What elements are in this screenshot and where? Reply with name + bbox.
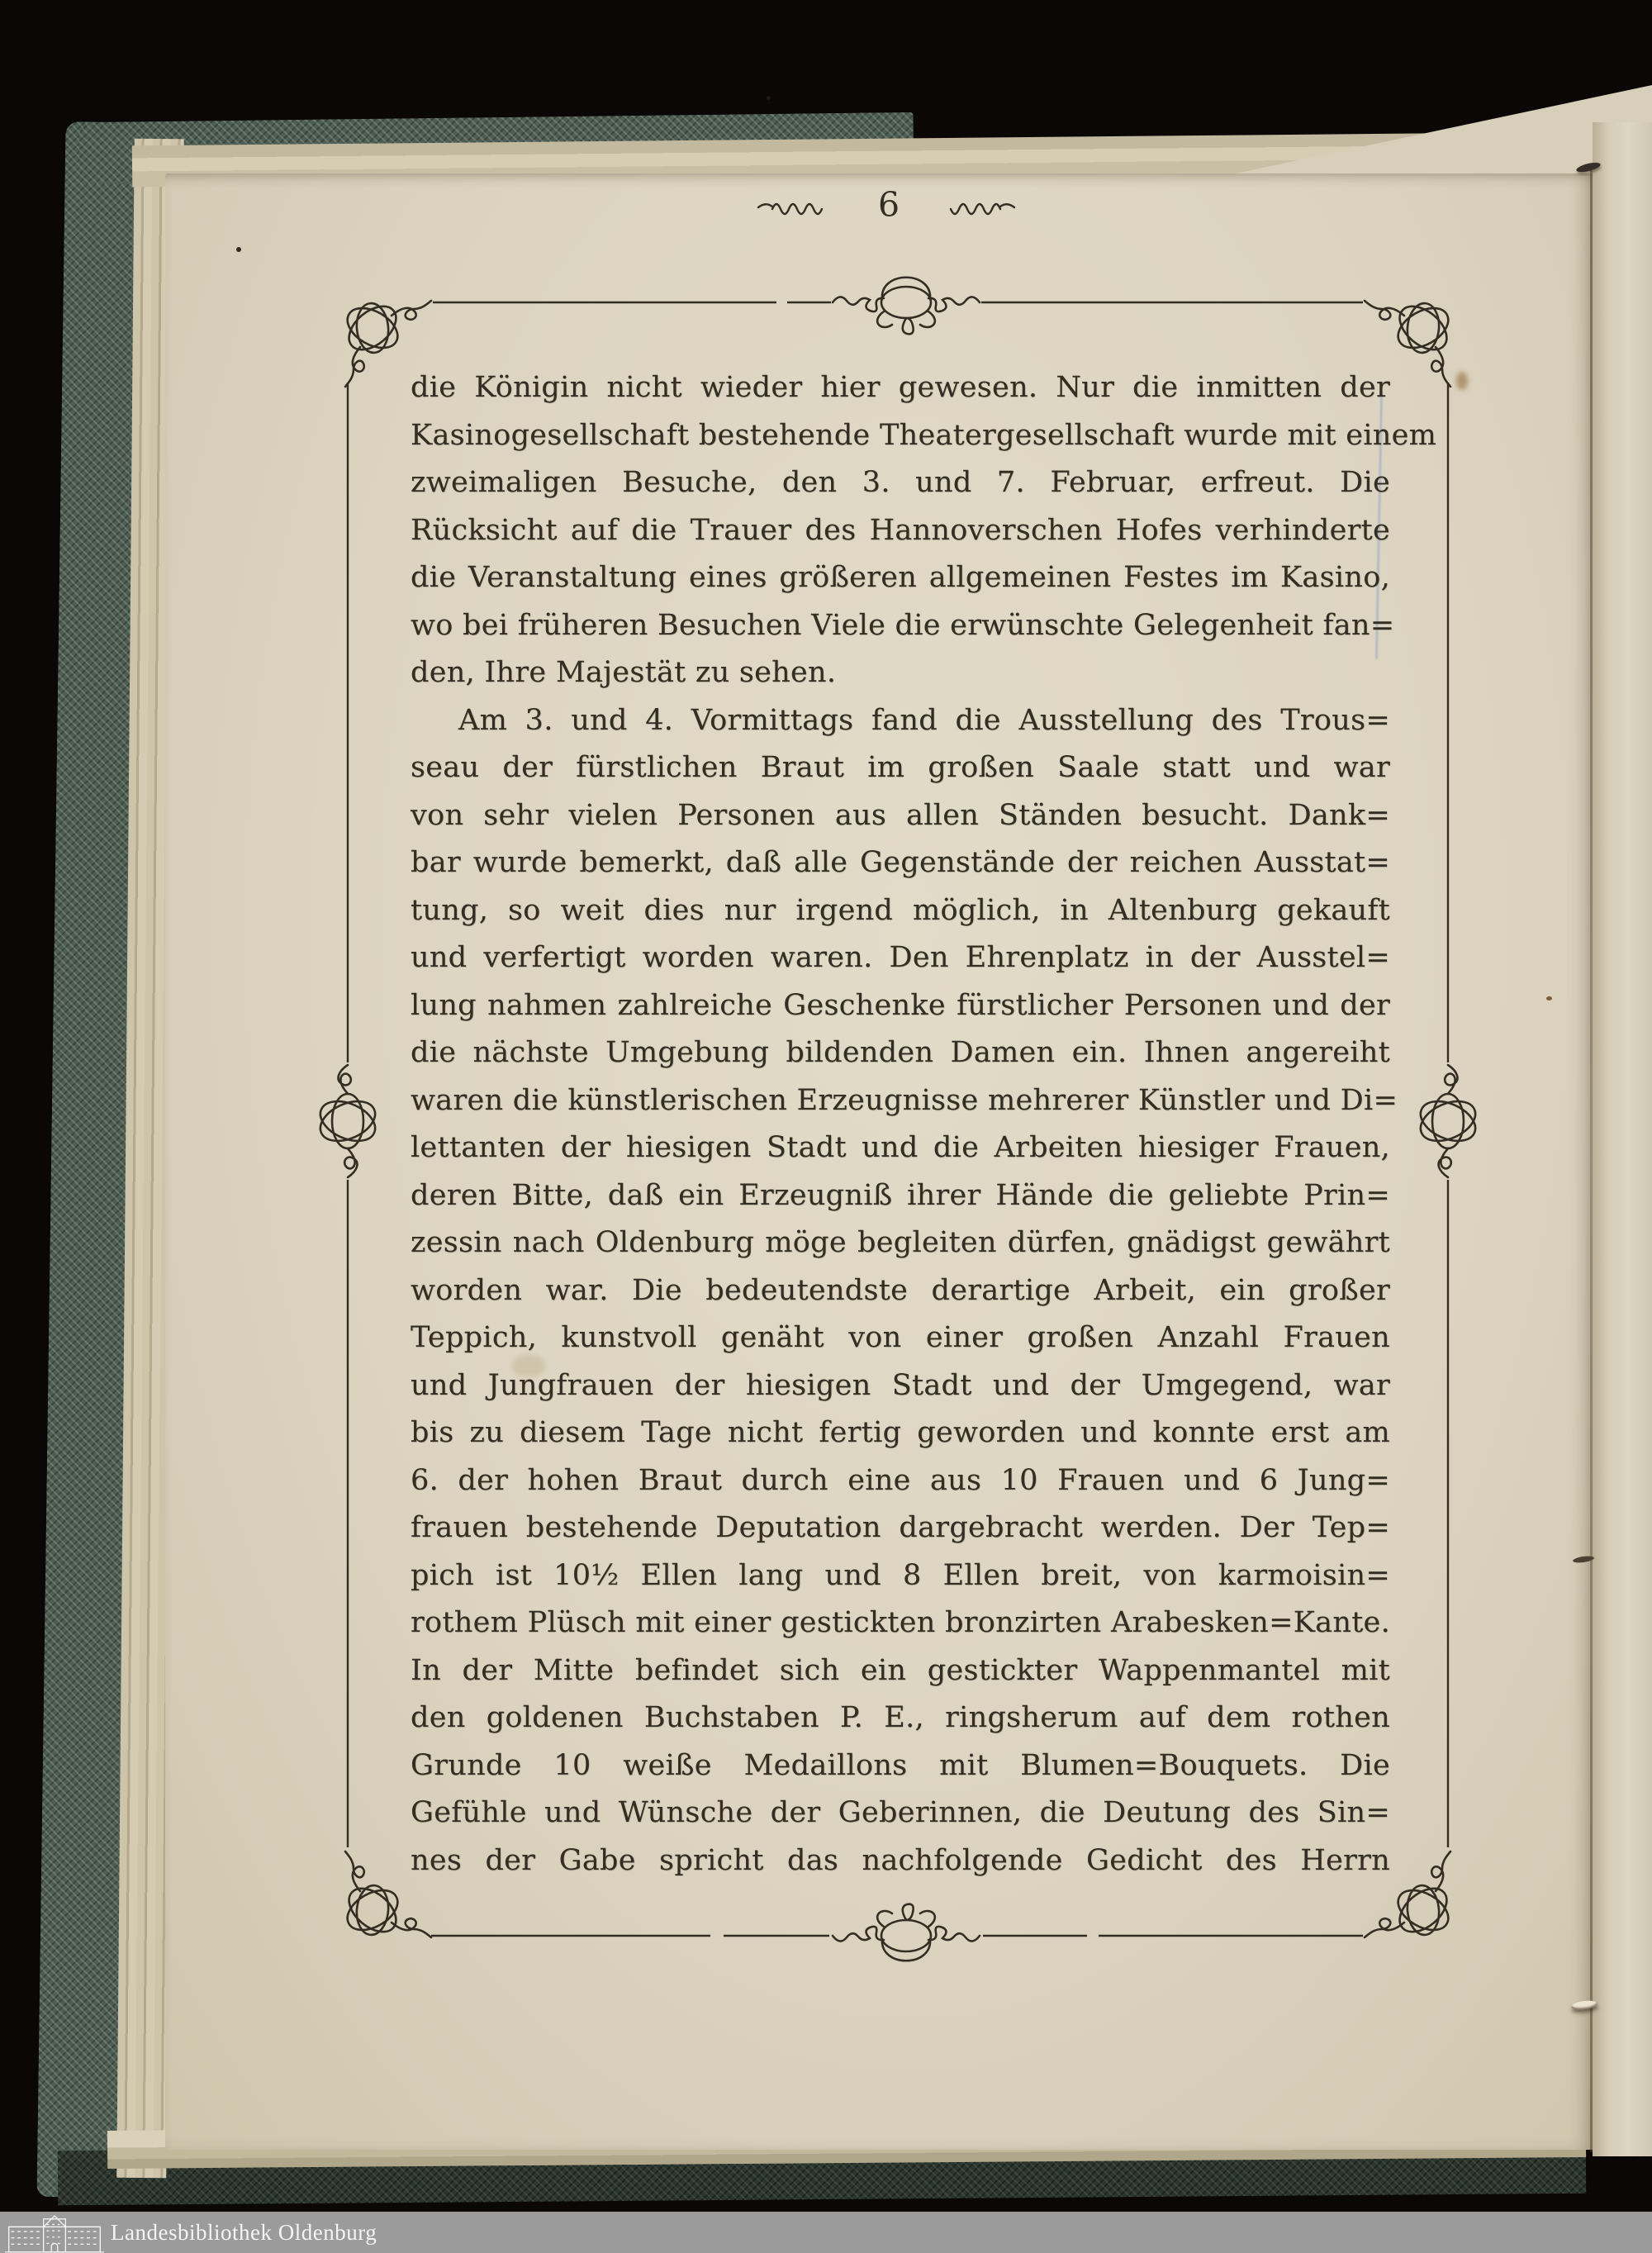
text-line: frauen bestehende Deputation dargebracht… <box>411 1504 1390 1552</box>
library-label: Landesbibliothek Oldenburg <box>111 2220 377 2246</box>
text-line: lung nahmen zahlreiche Geschenke fürstli… <box>411 982 1390 1030</box>
text-line: die Königin nicht wieder hier gewesen. N… <box>411 364 1390 412</box>
text-line: deren Bitte, daß ein Erzeugniß ihrer Hän… <box>411 1172 1390 1220</box>
text-line: zweimaligen Besuche, den 3. und 7. Febru… <box>411 459 1390 507</box>
text-line: die Veranstaltung eines größeren allgeme… <box>411 554 1390 602</box>
text-line: In der Mitte befindet sich ein gestickte… <box>411 1647 1390 1695</box>
text-line: den goldenen Buchstaben P. E., ringsheru… <box>411 1695 1390 1742</box>
text-line: Grunde 10 weiße Medaillons mit Blumen=Bo… <box>411 1742 1390 1790</box>
foxing-stain <box>1456 372 1468 390</box>
scanned-book-page: 6 <box>0 0 1652 2253</box>
page-number: 6 <box>866 185 912 225</box>
text-line: waren die künstlerischen Erzeugnisse meh… <box>411 1077 1390 1125</box>
text-line: und verfertigt worden waren. Den Ehrenpl… <box>411 934 1390 982</box>
binding-crease <box>1590 169 1593 2152</box>
text-line: wo bei früheren Besuchen Viele die erwün… <box>411 602 1390 650</box>
text-line: Rücksicht auf die Trauer des Hannoversch… <box>411 507 1390 555</box>
text-line: Gefühle und Wünsche der Geberinnen, die … <box>411 1790 1390 1837</box>
text-line: tung, so weit dies nur irgend möglich, i… <box>411 887 1390 935</box>
text-block: die Königin nicht wieder hier gewesen. N… <box>411 364 1390 1885</box>
text-line: seau der fürstlichen Braut im großen Saa… <box>411 744 1390 792</box>
text-line: 6. der hohen Braut durch eine aus 10 Fra… <box>411 1457 1390 1505</box>
text-line: worden war. Die bedeutendste derartige A… <box>411 1267 1390 1315</box>
text-line: pich ist 10½ Ellen lang und 8 Ellen brei… <box>411 1552 1390 1600</box>
text-line: die nächste Umgebung bildenden Damen ein… <box>411 1029 1390 1077</box>
page-gutter <box>1593 122 1652 2156</box>
text-line: lettanten der hiesigen Stadt und die Arb… <box>411 1124 1390 1172</box>
text-line: rothem Plüsch mit einer gestickten bronz… <box>411 1599 1390 1647</box>
text-line: bar wurde bemerkt, daß alle Gegenstände … <box>411 839 1390 887</box>
paper-speck <box>236 247 241 252</box>
text-line: und Jungfrauen der hiesigen Stadt und de… <box>411 1362 1390 1410</box>
paper-speck <box>767 96 771 100</box>
text-line: den, Ihre Majestät zu sehen. <box>411 649 1390 697</box>
library-watermark-bar: Landesbibliothek Oldenburg <box>0 2212 1652 2253</box>
text-line: Teppich, kunstvoll genäht von einer groß… <box>411 1314 1390 1362</box>
text-line: nes der Gabe spricht das nachfolgende Ge… <box>411 1837 1390 1885</box>
text-line: bis zu diesem Tage nicht fertig geworden… <box>411 1409 1390 1457</box>
text-line: zessin nach Oldenburg möge begleiten dür… <box>411 1219 1390 1267</box>
text-line: von sehr vielen Personen aus allen Ständ… <box>411 792 1390 840</box>
library-logo-icon <box>3 2213 106 2253</box>
text-line: Am 3. und 4. Vormittags fand die Ausstel… <box>411 697 1390 745</box>
paper-speck <box>1546 996 1552 1001</box>
text-line: Kasinogesellschaft bestehende Theaterges… <box>411 412 1390 460</box>
